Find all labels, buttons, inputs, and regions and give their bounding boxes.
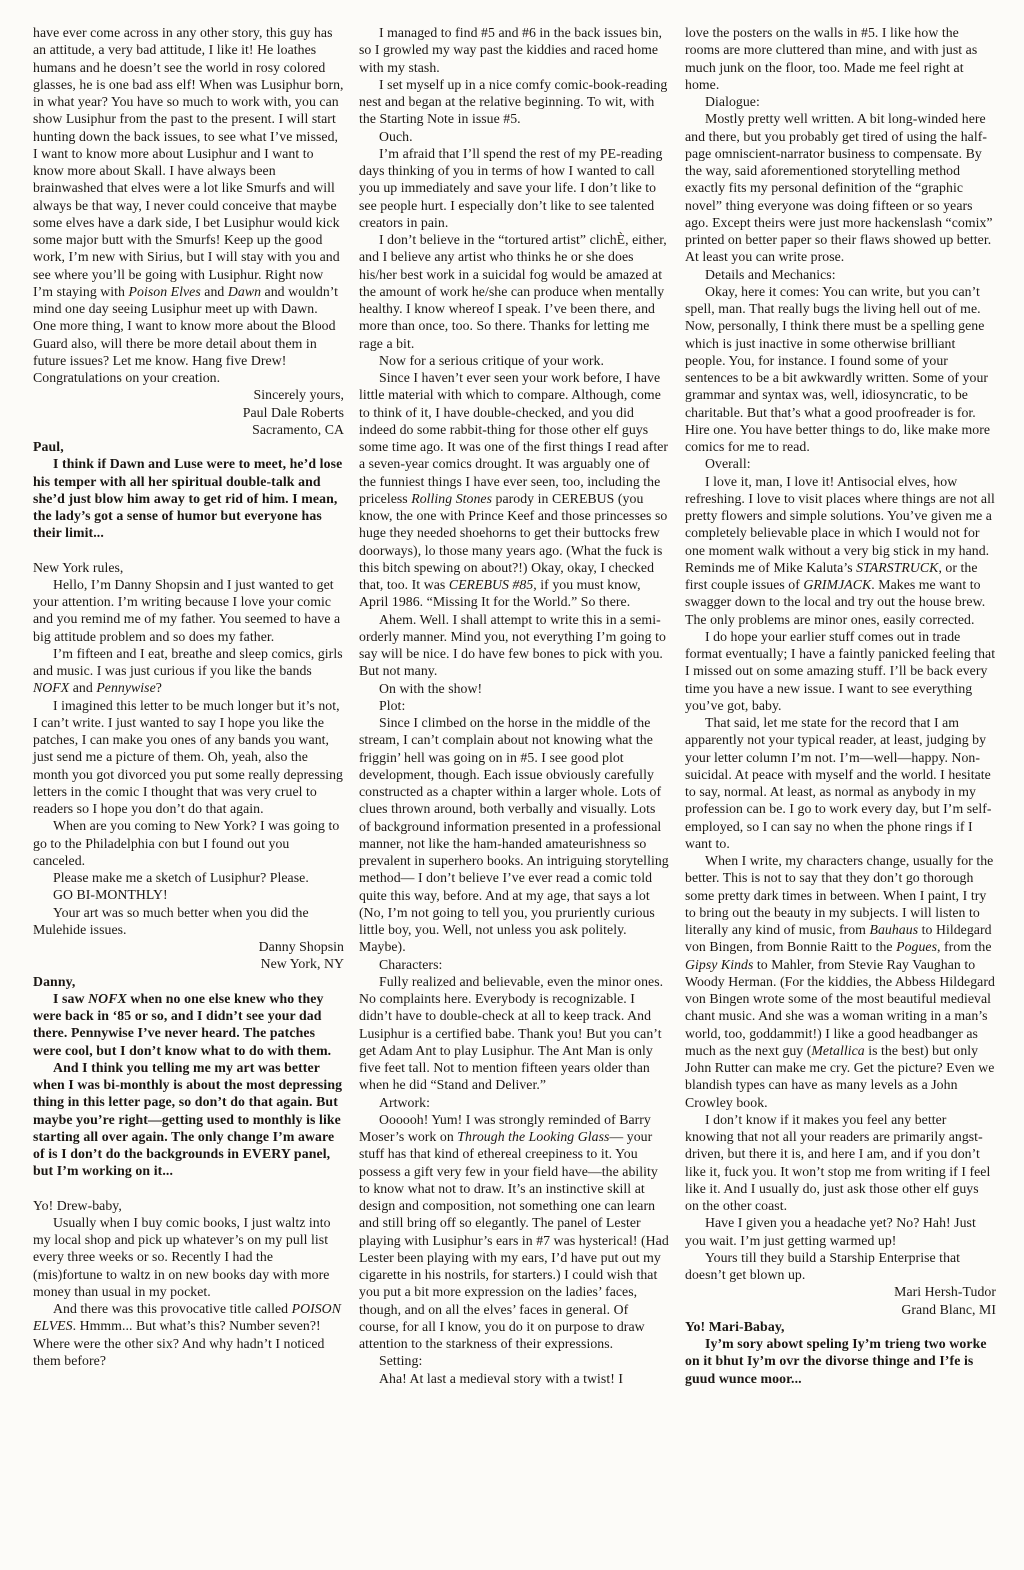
editor-reply-paragraph: I think if Dawn and Luse were to meet, h…	[33, 455, 344, 541]
paragraph-gap	[33, 542, 344, 559]
letter-paragraph: I set myself up in a nice comfy comic-bo…	[359, 76, 670, 128]
signature-line: Danny Shopsin	[33, 938, 344, 955]
letter-paragraph: love the posters on the walls in #5. I l…	[685, 24, 996, 93]
letter-paragraph: Yo! Drew-baby,	[33, 1197, 344, 1214]
letter-paragraph: Since I haven’t ever seen your work befo…	[359, 369, 670, 611]
text-column-1: have ever come across in any other story…	[33, 24, 344, 1369]
letter-paragraph: Characters:	[359, 956, 670, 973]
letter-paragraph: I imagined this letter to be much longer…	[33, 697, 344, 818]
signature-line: New York, NY	[33, 955, 344, 972]
letter-paragraph: When are you coming to New York? I was g…	[33, 817, 344, 869]
letter-paragraph: I do hope your earlier stuff comes out i…	[685, 628, 996, 714]
signature-line: Sacramento, CA	[33, 421, 344, 438]
letter-paragraph: Fully realized and believable, even the …	[359, 973, 670, 1094]
letter-paragraph: When I write, my characters change, usua…	[685, 852, 996, 1111]
letter-paragraph: I don’t know if it makes you feel any be…	[685, 1111, 996, 1215]
signature-line: Grand Blanc, MI	[685, 1301, 996, 1318]
letter-paragraph: And there was this provocative title cal…	[33, 1300, 344, 1369]
editor-reply-paragraph: Yo! Mari-Babay,	[685, 1318, 996, 1335]
paragraph-gap	[33, 1180, 344, 1197]
three-column-text-layout: have ever come across in any other story…	[33, 24, 990, 1387]
letter-signature: Mari Hersh-TudorGrand Blanc, MI	[685, 1283, 996, 1318]
letter-paragraph: Please make me a sketch of Lusiphur? Ple…	[33, 869, 344, 886]
letter-paragraph: Overall:	[685, 455, 996, 472]
letter-paragraph: Hello, I’m Danny Shopsin and I just want…	[33, 576, 344, 645]
letter-paragraph: I managed to find #5 and #6 in the back …	[359, 24, 670, 76]
text-column-2: I managed to find #5 and #6 in the back …	[359, 24, 670, 1387]
letter-paragraph: Now for a serious critique of your work.	[359, 352, 670, 369]
letter-paragraph: I’m fifteen and I eat, breathe and sleep…	[33, 645, 344, 697]
letter-paragraph: Details and Mechanics:	[685, 266, 996, 283]
letter-paragraph: Mostly pretty well written. A bit long-w…	[685, 110, 996, 265]
editor-reply-paragraph: Paul,	[33, 438, 344, 455]
editor-reply-paragraph: Iy’m sory abowt speling Iy’m trieng two …	[685, 1335, 996, 1387]
letter-paragraph: New York rules,	[33, 559, 344, 576]
editor-reply-paragraph: I saw NOFX when no one else knew who the…	[33, 990, 344, 1059]
letter-paragraph: Ouch.	[359, 128, 670, 145]
editor-reply-paragraph: Danny,	[33, 973, 344, 990]
letter-signature: Danny ShopsinNew York, NY	[33, 938, 344, 973]
letter-paragraph: Okay, here it comes: You can write, but …	[685, 283, 996, 456]
letter-paragraph: Aha! At last a medieval story with a twi…	[359, 1370, 670, 1387]
letter-paragraph: Artwork:	[359, 1094, 670, 1111]
letter-paragraph: Setting:	[359, 1352, 670, 1369]
letter-paragraph: Your art was so much better when you did…	[33, 904, 344, 939]
letter-paragraph: Since I climbed on the horse in the midd…	[359, 714, 670, 956]
signature-line: Sincerely yours,	[33, 386, 344, 403]
letter-paragraph: I’m afraid that I’ll spend the rest of m…	[359, 145, 670, 231]
letter-paragraph: Have I given you a headache yet? No? Hah…	[685, 1214, 996, 1249]
text-column-3: love the posters on the walls in #5. I l…	[685, 24, 996, 1387]
letters-page: have ever come across in any other story…	[0, 0, 1024, 1570]
letter-paragraph: Oooooh! Yum! I was strongly reminded of …	[359, 1111, 670, 1353]
letter-paragraph: Yours till they build a Starship Enterpr…	[685, 1249, 996, 1284]
letter-paragraph: Plot:	[359, 697, 670, 714]
signature-line: Paul Dale Roberts	[33, 404, 344, 421]
letter-paragraph: Usually when I buy comic books, I just w…	[33, 1214, 344, 1300]
letter-paragraph: Dialogue:	[685, 93, 996, 110]
letter-paragraph: On with the show!	[359, 680, 670, 697]
letter-paragraph: Ahem. Well. I shall attempt to write thi…	[359, 611, 670, 680]
letter-paragraph: I love it, man, I love it! Antisocial el…	[685, 473, 996, 628]
signature-line: Mari Hersh-Tudor	[685, 1283, 996, 1300]
letter-paragraph: That said, let me state for the record t…	[685, 714, 996, 852]
letter-paragraph: GO BI-MONTHLY!	[33, 886, 344, 903]
letter-paragraph: have ever come across in any other story…	[33, 24, 344, 386]
editor-reply-paragraph: And I think you telling me my art was be…	[33, 1059, 344, 1180]
letter-signature: Sincerely yours,Paul Dale RobertsSacrame…	[33, 386, 344, 438]
letter-paragraph: I don’t believe in the “tortured artist”…	[359, 231, 670, 352]
